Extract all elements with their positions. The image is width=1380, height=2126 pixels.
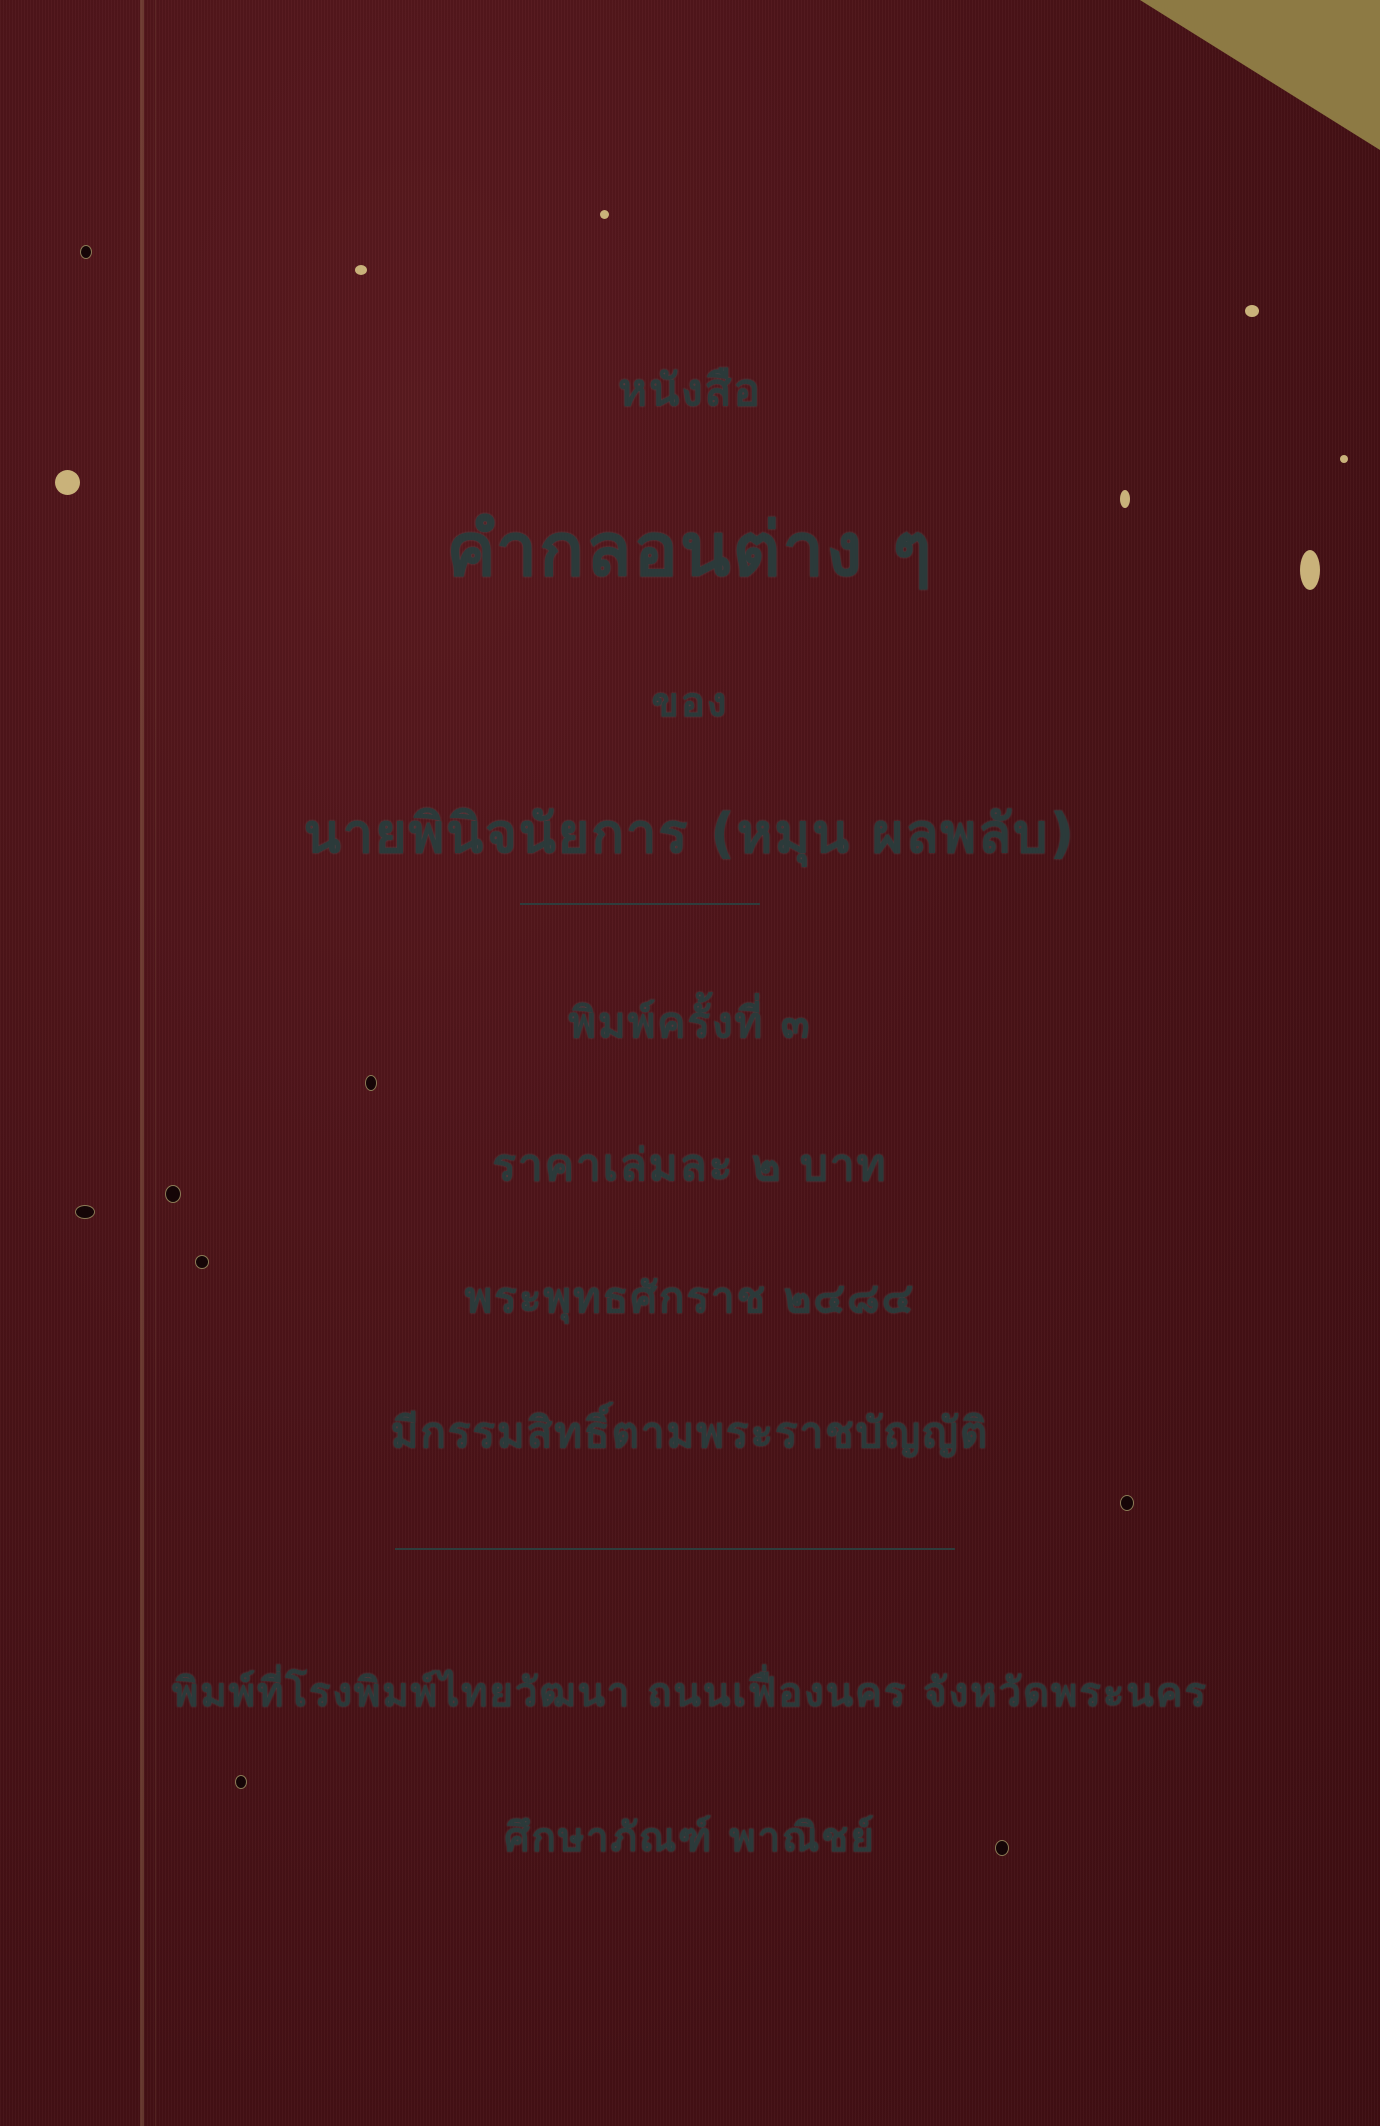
printer: พิมพ์ที่โรงพิมพ์ไทยวัฒนา ถนนเฟื่องนคร จั… <box>0 1660 1380 1724</box>
publisher: ศึกษาภัณฑ์ พาณิชย์ <box>0 1805 1380 1869</box>
torn-corner <box>1140 0 1380 150</box>
wormhole <box>995 1840 1009 1856</box>
wormhole <box>75 1205 95 1219</box>
speck <box>600 210 609 219</box>
price: ราคาเล่มละ ๒ บาท <box>0 1130 1380 1200</box>
book-cover: หนังสือ คำกลอนต่าง ๆ ของ นายพินิจนัยการ … <box>0 0 1380 2126</box>
speck <box>1245 305 1259 317</box>
speck <box>1300 550 1320 590</box>
wormhole <box>80 245 92 259</box>
of-label: ของ <box>0 670 1380 734</box>
speck <box>1340 455 1348 463</box>
speck <box>355 265 367 275</box>
divider <box>395 1548 955 1550</box>
wormhole <box>1120 1495 1134 1511</box>
divider <box>520 903 760 905</box>
book-title: คำกลอนต่าง ๆ <box>0 490 1380 608</box>
edition: พิมพ์ครั้งที่ ๓ <box>0 990 1380 1056</box>
wormhole <box>235 1775 247 1789</box>
wormhole <box>195 1255 209 1269</box>
wormhole <box>365 1075 377 1091</box>
speck <box>55 470 80 495</box>
year: พระพุทธศักราช ๒๔๘๔ <box>0 1265 1380 1331</box>
author-name: นายพินิจนัยการ (หมุน ผลพลับ) <box>0 790 1380 876</box>
title-prefix: หนังสือ <box>0 355 1380 425</box>
wormhole <box>165 1185 181 1203</box>
rights-notice: มีกรรมสิทธิ์ตามพระราชบัญญัติ <box>0 1400 1380 1466</box>
speck <box>1120 490 1130 508</box>
